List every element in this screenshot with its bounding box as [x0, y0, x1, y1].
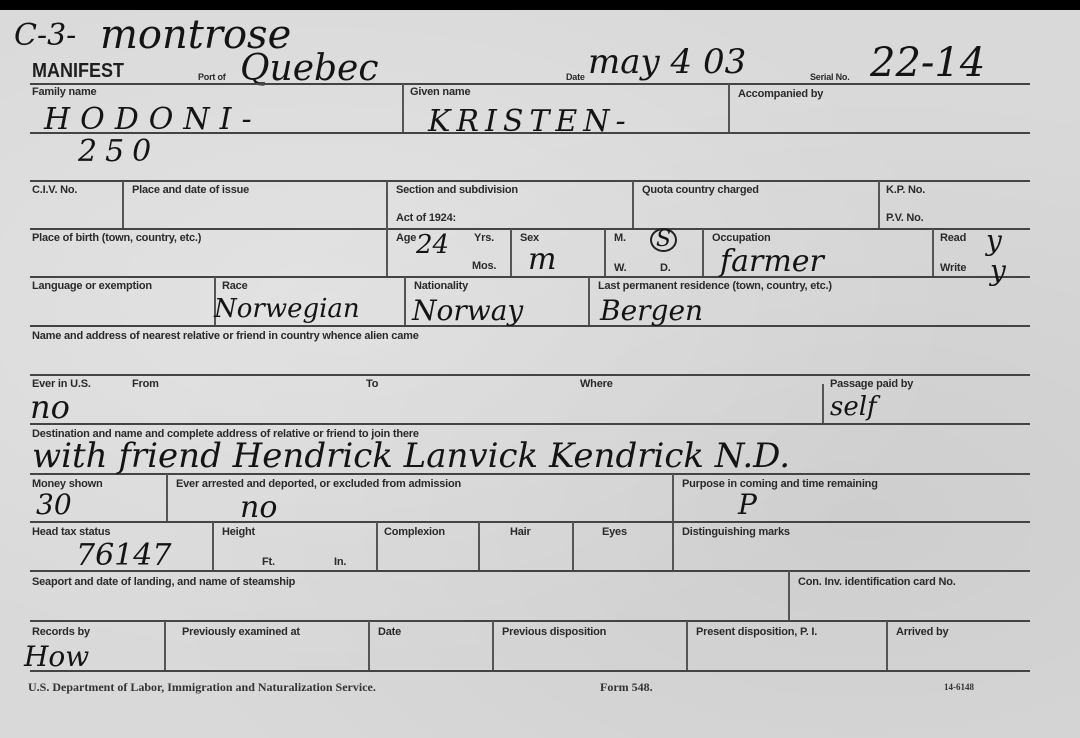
hair-label: Hair — [510, 526, 531, 538]
place-date-issue-label: Place and date of issue — [132, 184, 249, 196]
distinguishing-marks-label: Distinguishing marks — [682, 526, 790, 538]
ever-arrested-label: Ever arrested and deported, or excluded … — [176, 478, 461, 490]
nationality-label: Nationality — [414, 280, 468, 292]
where-label: Where — [580, 378, 613, 390]
passage-paid-label: Passage paid by — [830, 378, 913, 390]
date-field-label: Date — [378, 626, 401, 638]
destination-value[interactable]: with friend Hendrick Lanvick Kendrick N.… — [32, 436, 790, 476]
records-by-value[interactable]: How — [24, 640, 89, 673]
passage-paid-value[interactable]: self — [830, 392, 877, 422]
race-label: Race — [222, 280, 248, 292]
age-label: Age — [396, 232, 416, 244]
footer-department: U.S. Department of Labor, Immigration an… — [28, 680, 376, 695]
footer-form: Form 548. — [600, 680, 653, 695]
purpose-label: Purpose in coming and time remaining — [682, 478, 878, 490]
write-label: Write — [940, 262, 966, 274]
seaport-label: Seaport and date of landing, and name of… — [32, 576, 295, 588]
given-name-value[interactable]: KRISTEN- — [428, 104, 632, 139]
date-value: may 4 03 — [588, 42, 746, 82]
occupation-label: Occupation — [712, 232, 771, 244]
marital-d-label: D. — [660, 262, 671, 274]
given-name-label: Given name — [410, 86, 470, 98]
height-label: Height — [222, 526, 255, 538]
read-label: Read — [940, 232, 966, 244]
to-label: To — [366, 378, 378, 390]
last-residence-value[interactable]: Bergen — [600, 294, 703, 327]
race-value[interactable]: Norwegian — [214, 294, 360, 324]
manifest-card: C-3- montrose MANIFEST Port of Quebec Da… — [0, 10, 1080, 738]
language-label: Language or exemption — [32, 280, 152, 292]
ever-in-us-value[interactable]: no — [30, 388, 70, 426]
serial-label: Serial No. — [810, 72, 850, 82]
occupation-value[interactable]: farmer — [720, 244, 824, 279]
marital-value[interactable]: S — [650, 228, 677, 252]
head-tax-value[interactable]: 76147 — [76, 538, 171, 573]
footer-code: 14-6148 — [944, 682, 974, 692]
read-value[interactable]: y — [986, 224, 1002, 257]
family-name-label: Family name — [32, 86, 96, 98]
previous-disposition-label: Previous disposition — [502, 626, 606, 638]
civ-no-label: C.I.V. No. — [32, 184, 77, 196]
annotation-code: C-3- — [14, 18, 76, 53]
money-shown-value[interactable]: 30 — [36, 488, 72, 521]
family-name-value[interactable]: HODONI- — [44, 102, 262, 137]
pv-no-label: P.V. No. — [886, 212, 924, 224]
manifest-label: MANIFEST — [32, 60, 124, 83]
kp-no-label: K.P. No. — [886, 184, 925, 196]
date-label: Date — [566, 72, 585, 82]
nearest-relative-label: Name and address of nearest relative or … — [32, 330, 419, 342]
accompanied-by-label: Accompanied by — [738, 88, 823, 100]
write-value[interactable]: y — [990, 254, 1006, 287]
line-number: 250 — [78, 134, 159, 169]
arrived-by-label: Arrived by — [896, 626, 948, 638]
purpose-value[interactable]: P — [738, 488, 757, 521]
records-by-label: Records by — [32, 626, 90, 638]
head-tax-label: Head tax status — [32, 526, 110, 538]
serial-value: 22-14 — [870, 40, 985, 86]
previously-examined-label: Previously examined at — [182, 626, 300, 638]
age-value[interactable]: 24 — [416, 230, 449, 260]
con-inv-label: Con. Inv. identification card No. — [798, 576, 956, 588]
sex-value[interactable]: m — [528, 242, 556, 277]
marital-m-label: M. — [614, 232, 626, 244]
marital-w-label: W. — [614, 262, 626, 274]
present-disposition-label: Present disposition, P. I. — [696, 626, 817, 638]
place-of-birth-label: Place of birth (town, country, etc.) — [32, 232, 201, 244]
mos-label: Mos. — [472, 260, 496, 272]
section-label: Section and subdivision — [396, 184, 518, 196]
act-1924-label: Act of 1924: — [396, 212, 456, 224]
nationality-value[interactable]: Norway — [412, 294, 523, 327]
height-ft-label: Ft. — [262, 556, 275, 568]
height-in-label: In. — [334, 556, 346, 568]
ever-arrested-value[interactable]: no — [240, 490, 277, 525]
from-label: From — [132, 378, 159, 390]
quota-country-label: Quota country charged — [642, 184, 759, 196]
yrs-label: Yrs. — [474, 232, 494, 244]
eyes-label: Eyes — [602, 526, 627, 538]
complexion-label: Complexion — [384, 526, 445, 538]
port-label: Port of — [198, 72, 226, 82]
last-residence-label: Last permanent residence (town, country,… — [598, 280, 832, 292]
